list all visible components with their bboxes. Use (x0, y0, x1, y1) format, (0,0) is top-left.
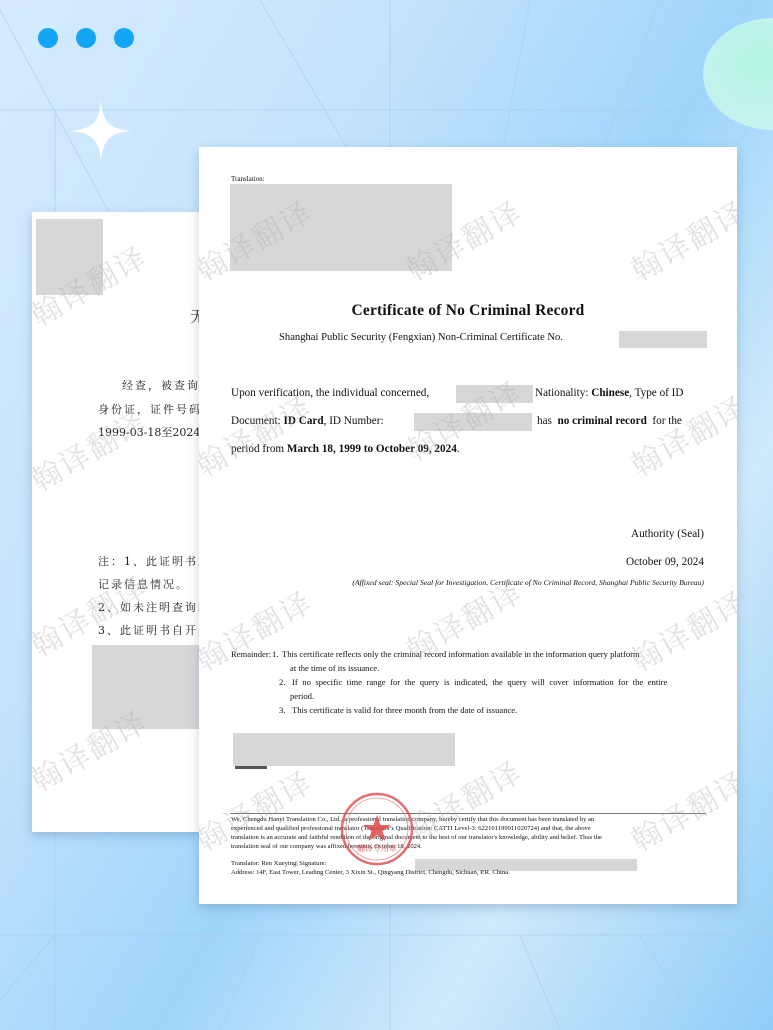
dot-icon (76, 28, 96, 48)
dot-icon (38, 28, 58, 48)
remainder-item-text: This certificate is valid for three mont… (292, 705, 517, 715)
decorative-orb (703, 18, 773, 130)
remainder-item-num: 1. (272, 649, 278, 659)
translation-seal-icon: 翻译专用章 (339, 791, 415, 867)
remainder-label: Remainder: (231, 649, 271, 659)
certification-line: translation is an accurate and faithful … (231, 834, 602, 843)
remainder-item-text: period. (290, 691, 314, 701)
authority-seal: Authority (Seal) (631, 528, 704, 540)
original-note: 2、如未注明查询时 (98, 599, 207, 615)
document-title: Certificate of No Criminal Record (199, 302, 737, 320)
remainder-item-text: at the time of its issuance. (290, 663, 379, 673)
remainder-item-num: 2. (279, 677, 285, 687)
address-line: Address: 14F, East Tower, Leading Center… (231, 869, 510, 878)
redacted-header (230, 184, 452, 271)
dot-icon (114, 28, 134, 48)
body-line-1-nationality: Nationality: Chinese, Type of ID (535, 387, 684, 399)
divider (230, 813, 706, 814)
original-document: 无 经查，被查询人 身份证，证件号码： 1999-03-18至2024-1 注：… (32, 212, 207, 832)
original-note: 注：1、此证明书只 (98, 553, 207, 569)
watermark: 翰译翻译 (622, 578, 737, 680)
body-line-3: period from March 18, 1999 to October 09… (231, 443, 460, 455)
window-dots (38, 28, 134, 48)
original-body-line: 经查，被查询人 (122, 377, 207, 393)
redacted-certificate-number (619, 331, 707, 348)
watermark: 翰译翻译 (622, 758, 737, 860)
remainder-item-text: If no specific time range for the query … (292, 677, 667, 687)
issue-date: October 09, 2024 (626, 556, 704, 568)
translation-document: Translation: Certificate of No Criminal … (199, 147, 737, 904)
signature-scribble (235, 766, 267, 769)
remainder-item-text: This certificate reflects only the crimi… (282, 649, 640, 659)
sparkle-icon (70, 100, 132, 162)
translation-label: Translation: (231, 175, 265, 183)
document-subtitle: Shanghai Public Security (Fengxian) Non-… (279, 332, 563, 343)
body-line-2: Document: ID Card, ID Number: (231, 415, 384, 427)
redacted-id-number (414, 413, 532, 431)
remainder-item-num: 3. (279, 705, 285, 715)
redacted-signature-block (233, 733, 455, 766)
watermark: 翰译翻译 (622, 188, 737, 290)
seal-text: 翻译专用章 (357, 843, 397, 853)
redacted-photo (36, 219, 103, 295)
translator-line: Translator: Ren Xueying| Signature: (231, 860, 326, 869)
body-line-2-status: has no criminal record for the (537, 415, 682, 427)
body-line-1: Upon verification, the individual concer… (231, 387, 429, 399)
original-body-line: 1999-03-18至2024-1 (98, 424, 207, 440)
original-body-line: 身份证，证件号码： (98, 401, 207, 417)
redacted-seal-area (92, 645, 207, 729)
original-note: 3、此证明书自开具 (98, 622, 207, 638)
redacted-name (456, 385, 533, 403)
original-note: 记录信息情况。 (98, 576, 189, 592)
seal-note: (Affixed seal: Special Seal for Investig… (352, 578, 704, 587)
